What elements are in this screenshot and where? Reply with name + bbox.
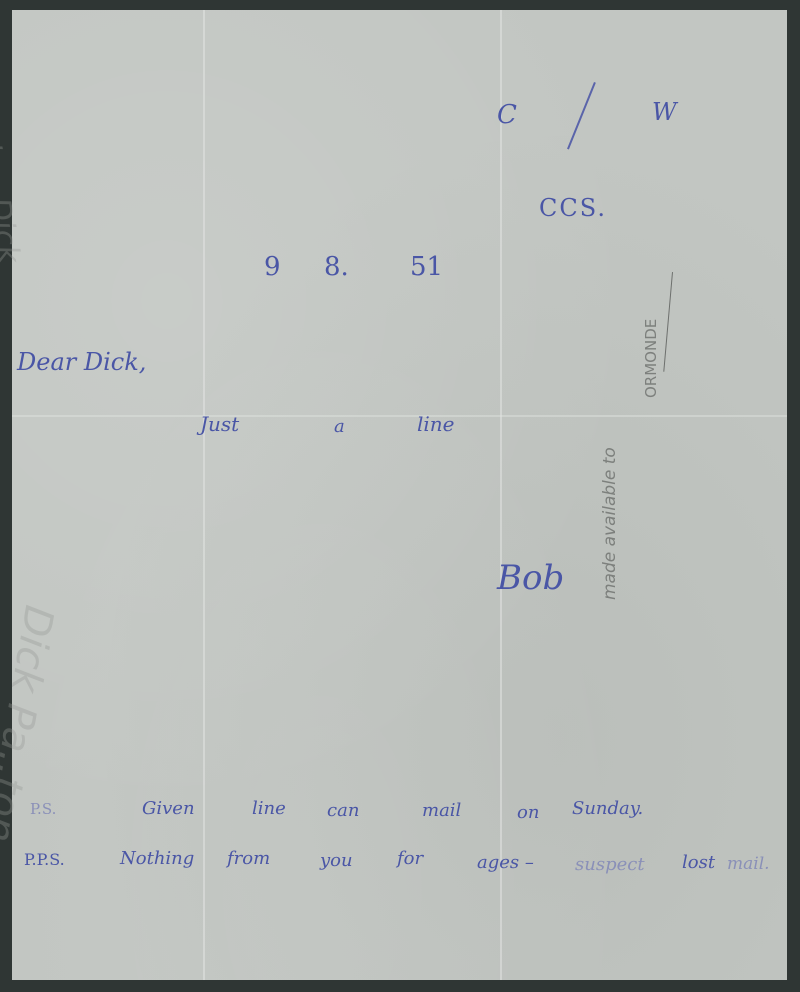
fold-line-vertical-right	[500, 10, 502, 980]
ps-word: Sunday.	[572, 798, 643, 819]
ps-word: mail	[422, 800, 461, 821]
margin-note-line2: ORMONDE	[642, 319, 660, 398]
date-year: 51	[410, 252, 443, 282]
pps-word: mail.	[727, 854, 770, 874]
margin-note-underline	[663, 272, 673, 372]
header-left: C	[497, 100, 517, 130]
pps-word: lost	[682, 852, 715, 873]
ps-word: on	[517, 802, 539, 823]
body-word: line	[417, 412, 455, 436]
date-month: 8.	[324, 252, 349, 282]
pps-word: Nothing	[120, 848, 194, 869]
salutation: Dear Dick,	[17, 348, 146, 376]
header-unit: CCS.	[539, 194, 607, 222]
fold-line-horizontal	[12, 415, 787, 417]
pps-word: you	[320, 850, 353, 871]
ps-word: Given	[142, 798, 195, 819]
pps-word: suspect	[575, 854, 645, 875]
body-word: Just	[200, 412, 239, 436]
header-right: W	[652, 98, 677, 126]
margin-note-line1: made available to	[600, 447, 620, 600]
date-day: 9	[264, 252, 281, 282]
pps-label: P.P.S.	[24, 850, 65, 869]
header-separator	[567, 82, 596, 150]
ps-word: can	[327, 800, 359, 821]
body-word: a	[334, 416, 345, 437]
pps-word: for	[397, 848, 423, 869]
ps-word: line	[252, 798, 286, 819]
pps-word: ages –	[477, 852, 534, 873]
ghost-text-upper: Bi ... Dick	[0, 120, 27, 266]
fold-line-vertical-left	[203, 10, 205, 980]
letter-sheet: Bi ... Dick Dick Pa..ton C W CCS. 9 8. 5…	[12, 10, 787, 980]
ps-label: P.S.	[30, 800, 56, 818]
signature: Bob	[497, 558, 564, 598]
pps-word: from	[227, 848, 270, 869]
